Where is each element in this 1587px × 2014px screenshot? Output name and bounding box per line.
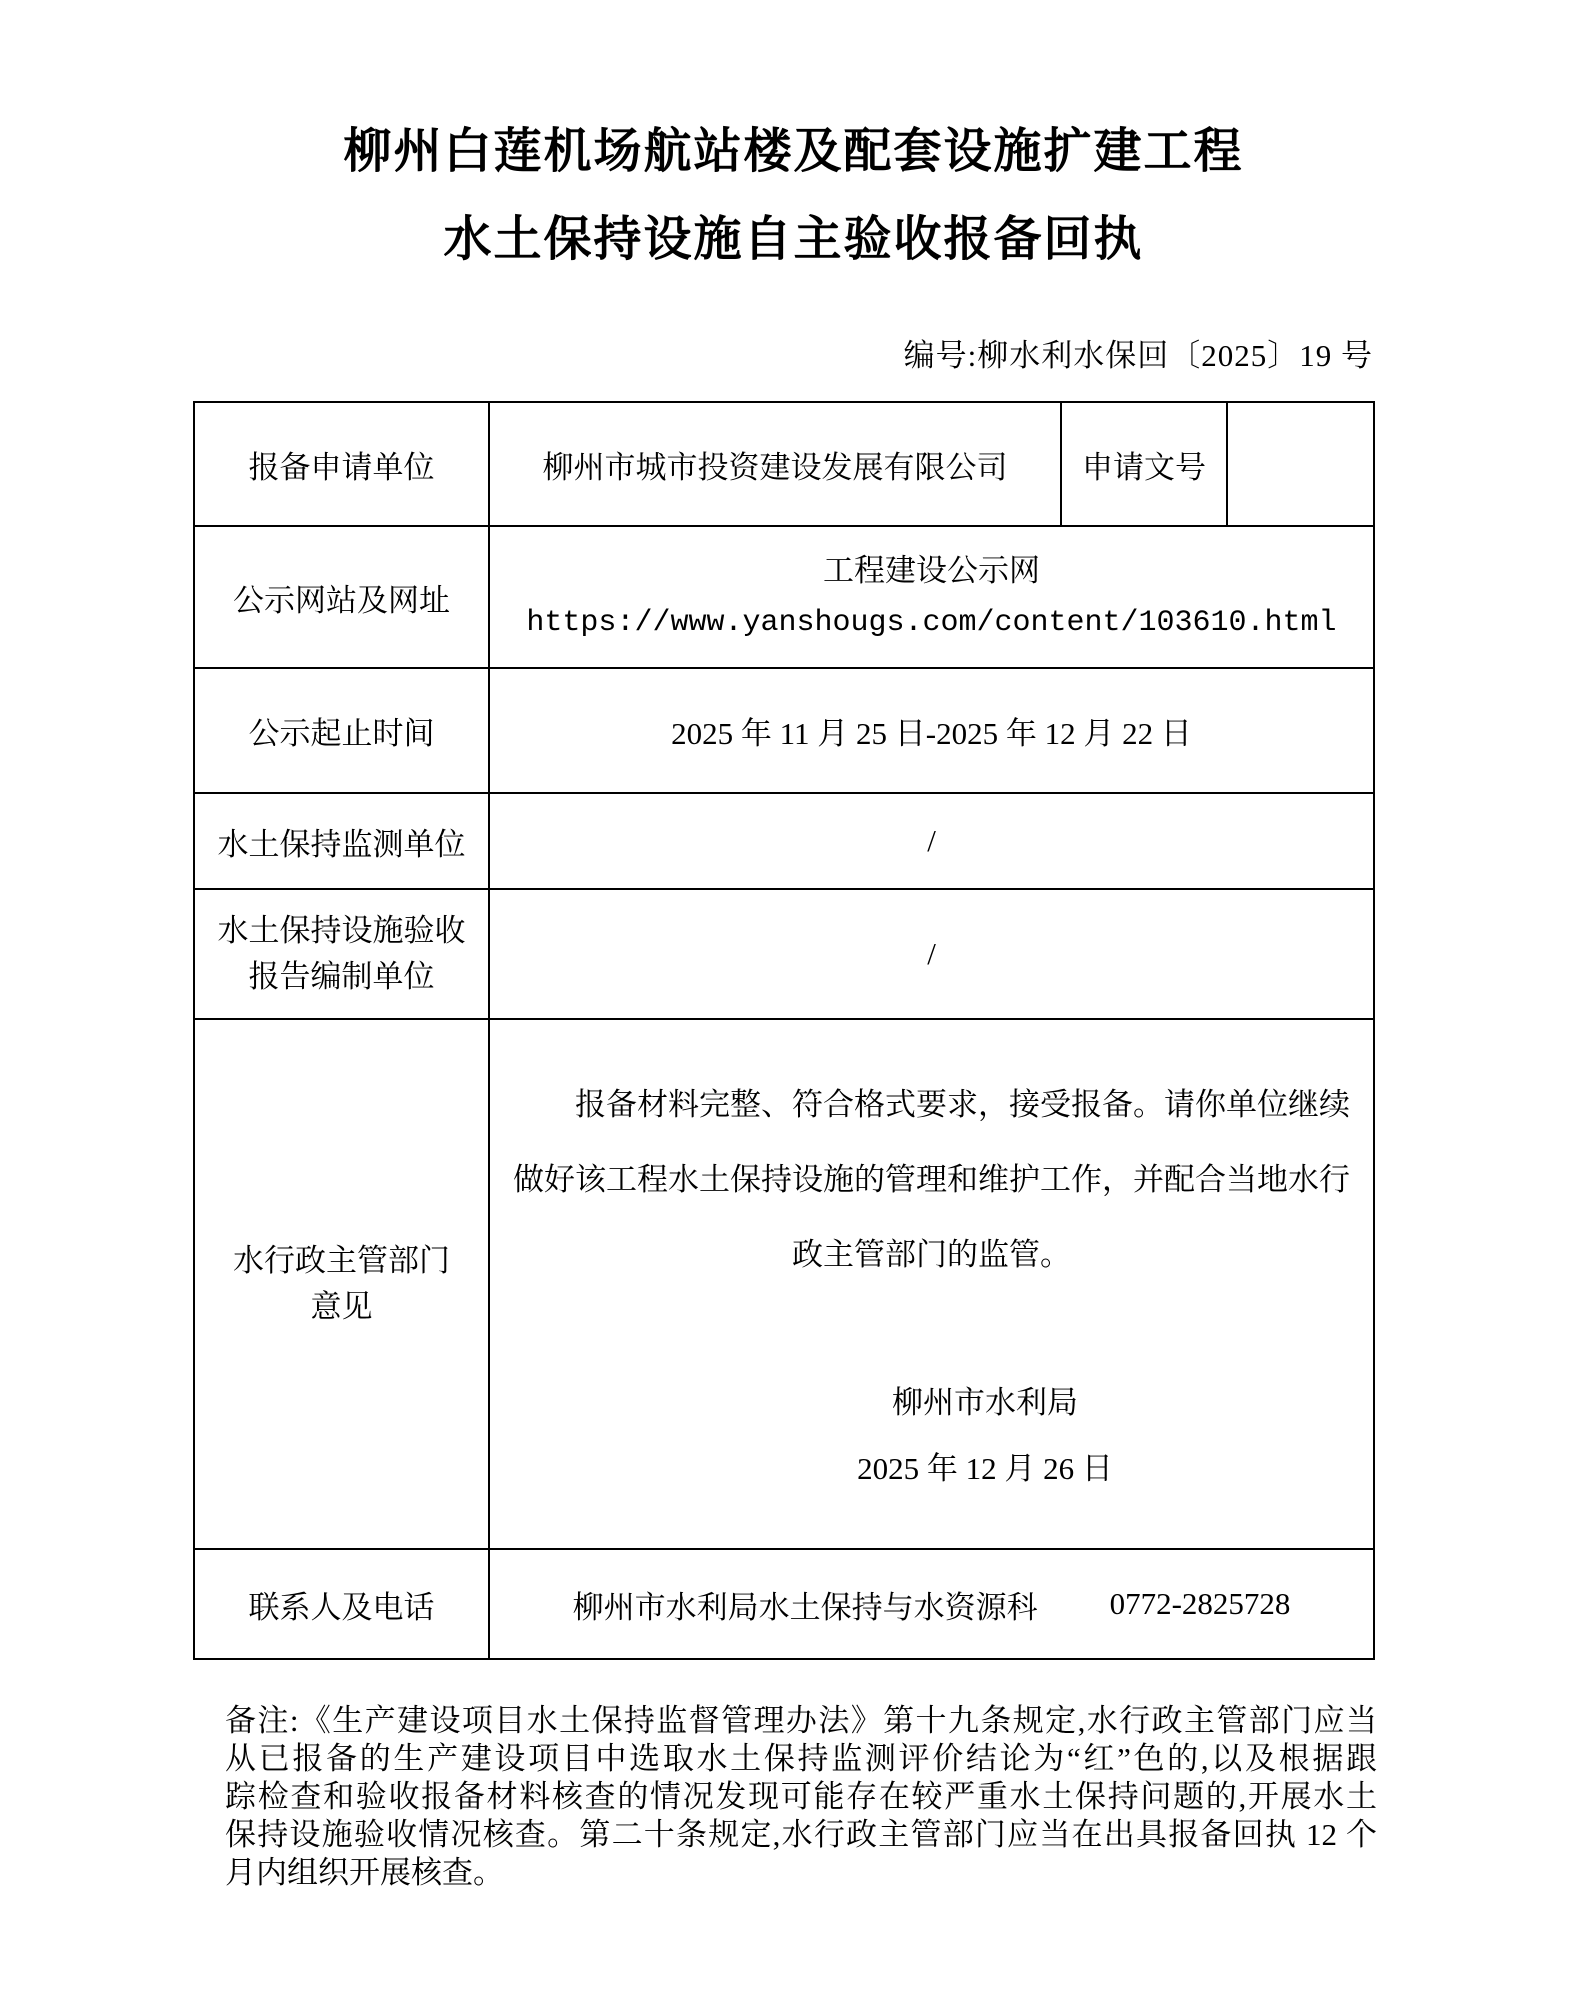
publicity-site-url: https://www.yanshougs.com/content/103610… [490,597,1373,649]
footer-note-line-1: 备注:《生产建设项目水土保持监督管理办法》第十九条规定,水行政主管部门应当 [225,1702,1377,1740]
row-publicity-period: 公示起止时间 2025 年 11 月 25 日-2025 年 12 月 22 日 [194,668,1374,793]
opinion-text-line-2: 做好该工程水土保持设施的管理和维护工作，并配合当地水行 [490,1142,1373,1217]
application-number-label: 申请文号 [1061,402,1227,526]
signature-authority: 柳州市水利局 [770,1370,1200,1436]
authority-opinion-label-line-1: 水行政主管部门 [195,1238,488,1284]
publicity-period-label: 公示起止时间 [194,668,489,793]
row-applicant: 报备申请单位 柳州市城市投资建设发展有限公司 申请文号 [194,402,1374,526]
report-unit-label-line-1: 水土保持设施验收 [195,908,488,954]
application-number-value [1227,402,1374,526]
document-number: 编号:柳水利水保回〔2025〕19 号 [0,330,1373,375]
opinion-text-line-1: 报备材料完整、符合格式要求，接受报备。请你单位继续 [490,1067,1373,1142]
signature-block: 柳州市水利局 2025 年 12 月 26 日 [770,1370,1200,1502]
row-contact: 联系人及电话 柳州市水利局水土保持与水资源科 0772-2825728 [194,1549,1374,1659]
report-unit-label: 水土保持设施验收 报告编制单位 [194,889,489,1019]
authority-opinion-content: 报备材料完整、符合格式要求，接受报备。请你单位继续 做好该工程水土保持设施的管理… [489,1019,1374,1549]
report-unit-label-line-2: 报告编制单位 [195,954,488,1000]
document-page: 柳州白莲机场航站楼及配套设施扩建工程 水土保持设施自主验收报备回执 编号:柳水利… [0,0,1587,2014]
applicant-label: 报备申请单位 [194,402,489,526]
footer-note-line-5: 月内组织开展核查。 [225,1854,1377,1892]
contact-content: 柳州市水利局水土保持与水资源科 0772-2825728 [489,1549,1374,1659]
title-line-2: 水土保持设施自主验收报备回执 [0,196,1587,284]
title-line-1: 柳州白莲机场航站楼及配套设施扩建工程 [0,108,1587,196]
footer-note: 备注:《生产建设项目水土保持监督管理办法》第十九条规定,水行政主管部门应当 从已… [225,1702,1377,1892]
publicity-site-name: 工程建设公示网 [490,545,1373,597]
signature-date: 2025 年 12 月 26 日 [770,1436,1200,1502]
footer-note-line-3: 踪检查和验收报备材料核查的情况发现可能存在较严重水土保持问题的,开展水土 [225,1778,1377,1816]
publicity-site-label: 公示网站及网址 [194,526,489,668]
row-publicity-site: 公示网站及网址 工程建设公示网 https://www.yanshougs.co… [194,526,1374,668]
contact-label: 联系人及电话 [194,1549,489,1659]
monitoring-unit-label: 水土保持监测单位 [194,793,489,889]
row-monitoring-unit: 水土保持监测单位 / [194,793,1374,889]
filing-receipt-table: 报备申请单位 柳州市城市投资建设发展有限公司 申请文号 公示网站及网址 工程建设… [193,401,1375,1660]
document-title: 柳州白莲机场航站楼及配套设施扩建工程 水土保持设施自主验收报备回执 [0,0,1587,284]
contact-phone: 0772-2825728 [1110,1586,1291,1622]
authority-opinion-label-line-2: 意见 [195,1284,488,1330]
publicity-site-value: 工程建设公示网 https://www.yanshougs.com/conten… [489,526,1374,668]
applicant-value: 柳州市城市投资建设发展有限公司 [489,402,1061,526]
publicity-period-value: 2025 年 11 月 25 日-2025 年 12 月 22 日 [489,668,1374,793]
row-authority-opinion: 水行政主管部门 意见 报备材料完整、符合格式要求，接受报备。请你单位继续 做好该… [194,1019,1374,1549]
authority-opinion-label: 水行政主管部门 意见 [194,1019,489,1549]
report-unit-value: / [489,889,1374,1019]
monitoring-unit-value: / [489,793,1374,889]
footer-note-line-2: 从已报备的生产建设项目中选取水土保持监测评价结论为“红”色的,以及根据跟 [225,1740,1377,1778]
opinion-text-line-3: 政主管部门的监管。 [490,1217,1373,1292]
footer-note-line-4: 保持设施验收情况核查。第二十条规定,水行政主管部门应当在出具报备回执 12 个 [225,1816,1377,1854]
contact-unit: 柳州市水利局水土保持与水资源科 [573,1582,1038,1627]
row-report-unit: 水土保持设施验收 报告编制单位 / [194,889,1374,1019]
